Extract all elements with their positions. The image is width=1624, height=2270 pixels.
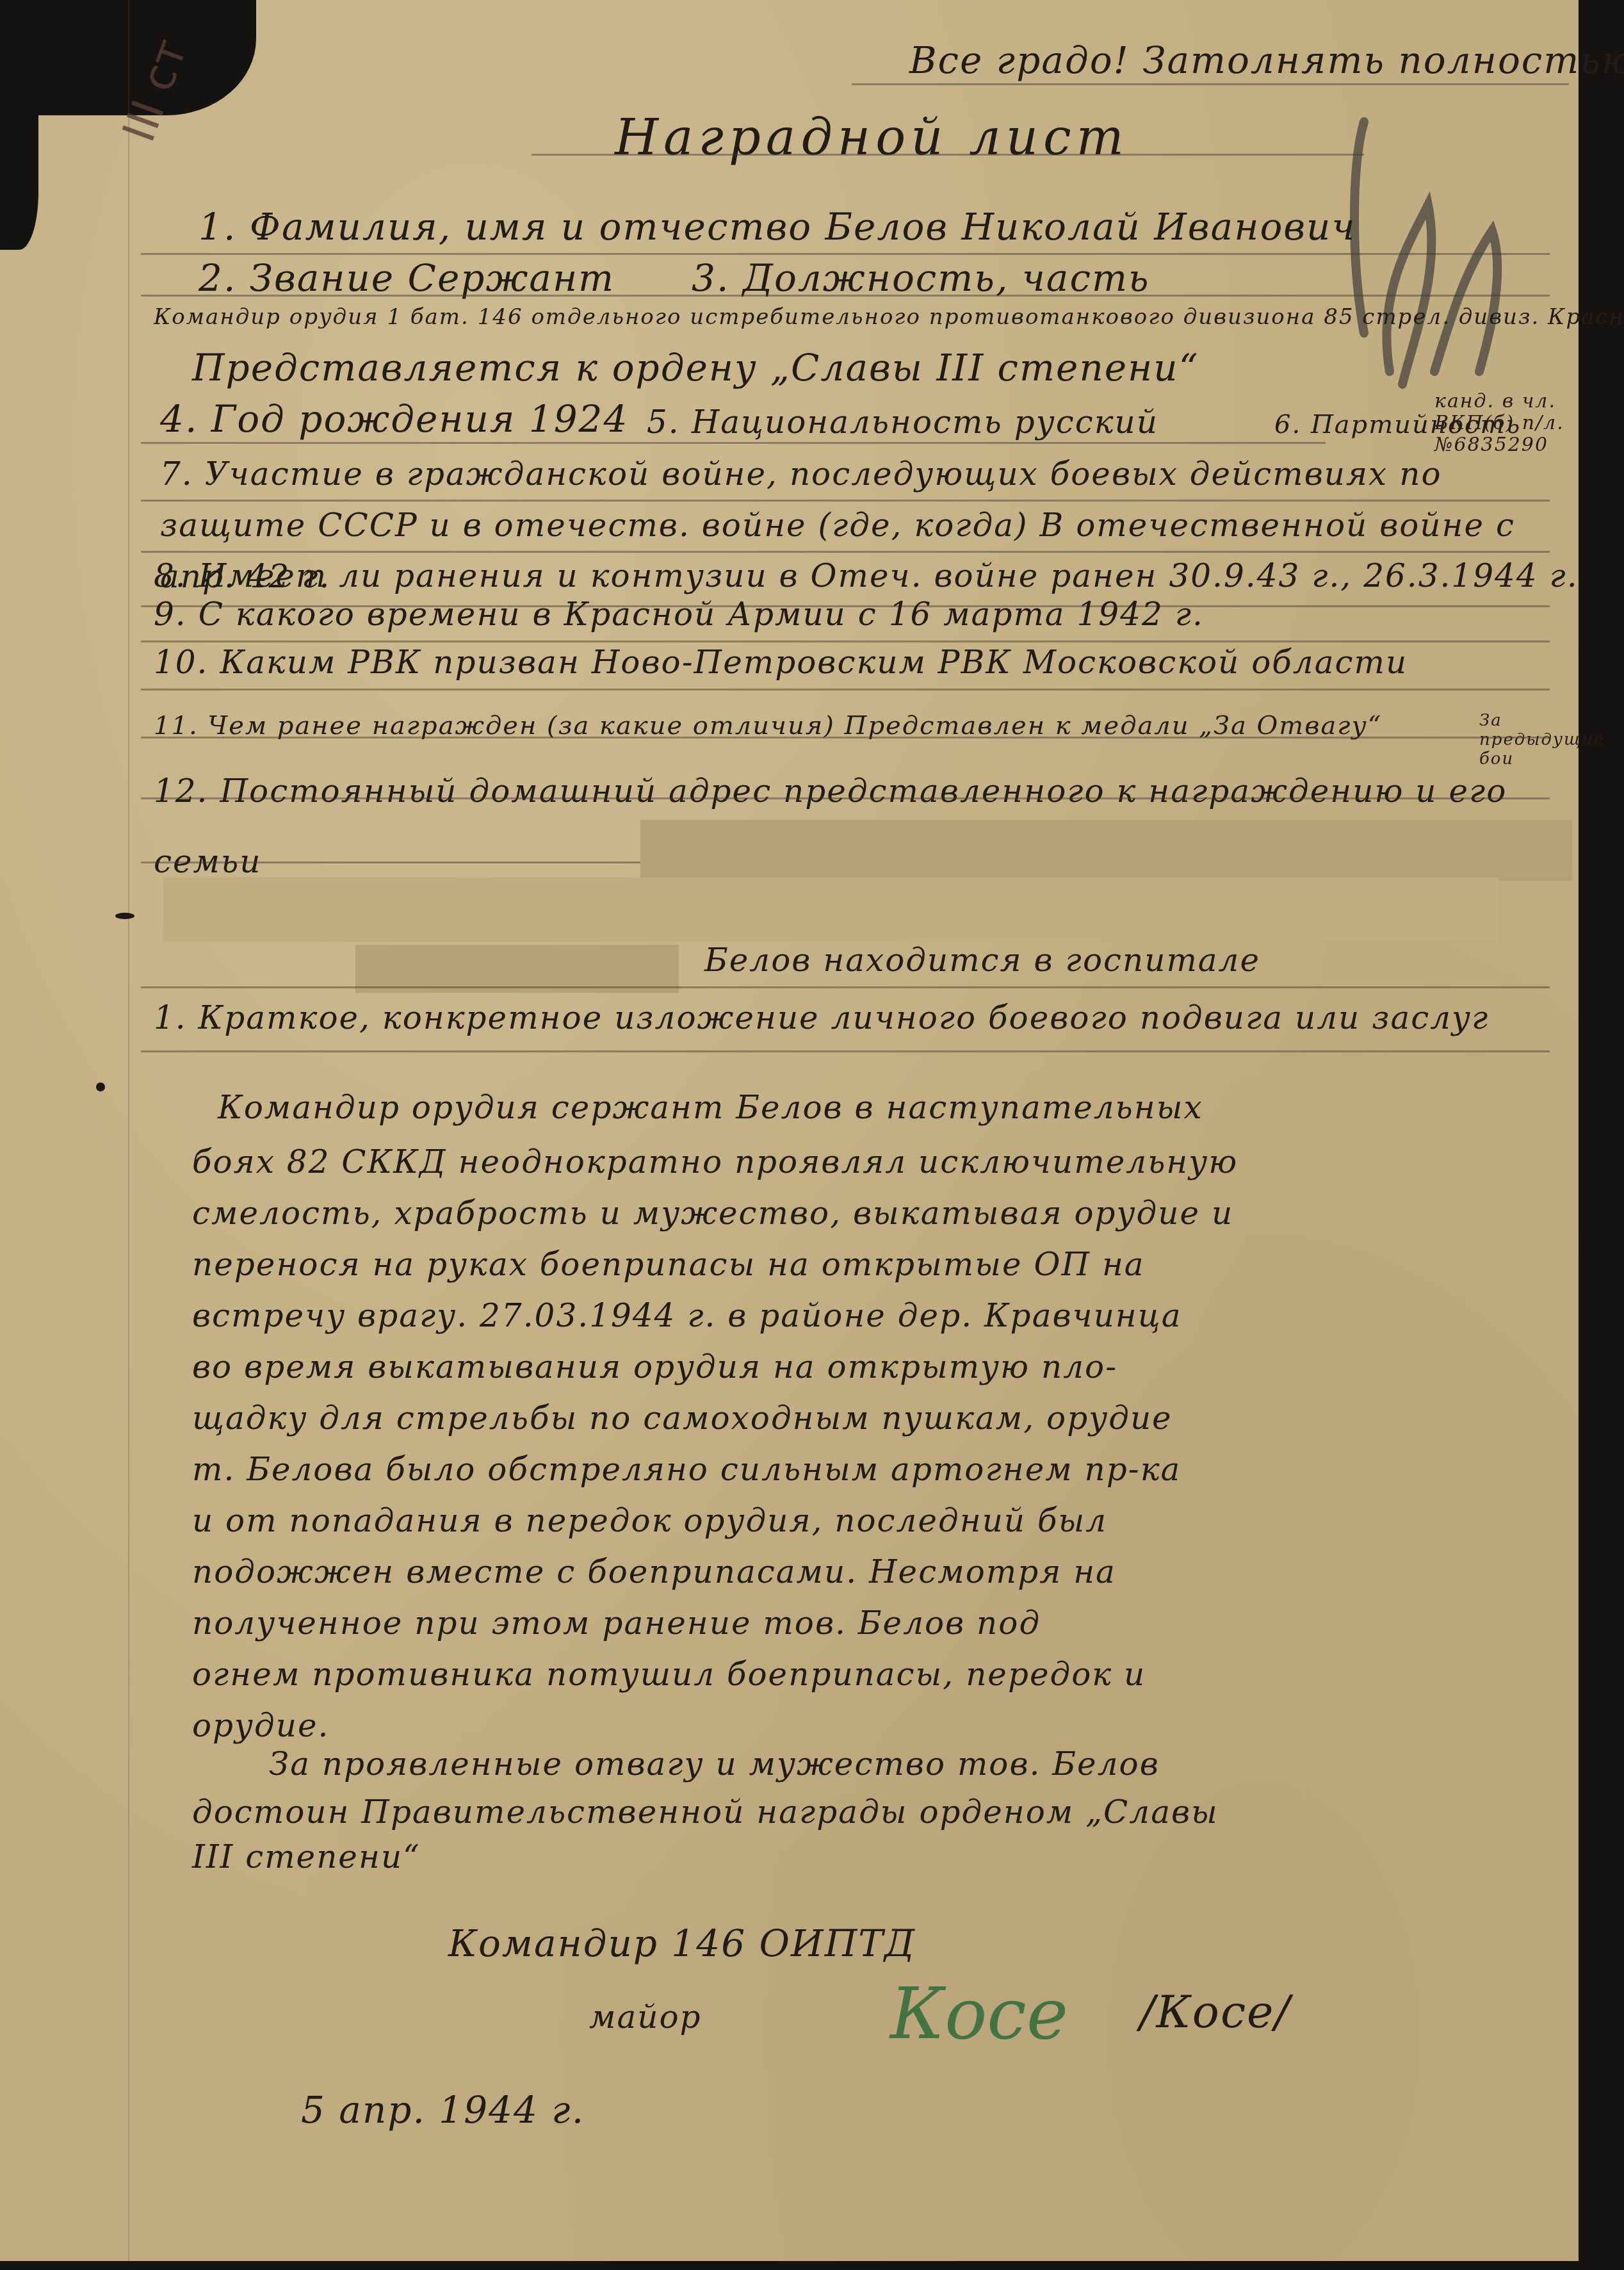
field-8: 8. Имеет ли ранения и контузии в Отеч. в… bbox=[154, 557, 1579, 594]
hospital-note: Белов находится в госпитале bbox=[704, 942, 1260, 979]
punch-hole bbox=[115, 913, 134, 919]
rule bbox=[141, 986, 1550, 988]
rule bbox=[141, 689, 1550, 690]
document-title: Наградной лист bbox=[615, 109, 1129, 167]
redacted-block-small bbox=[355, 945, 679, 993]
rule bbox=[141, 442, 1326, 444]
narrative-line: т. Белова было обстреляно сильным артогн… bbox=[192, 1451, 1181, 1488]
field-1: 1. Фамилия, имя и отчество Белов Николай… bbox=[199, 205, 1356, 249]
award-requested: Представляется к ордену „Славы III степе… bbox=[192, 346, 1199, 389]
rule bbox=[141, 500, 1550, 502]
punch-hole bbox=[96, 1082, 105, 1091]
section-heading: 1. Краткое, конкретное изложение личного… bbox=[154, 999, 1489, 1036]
margin-line bbox=[128, 0, 129, 2261]
conclusion-line: За проявленные отвагу и мужество тов. Бе… bbox=[269, 1745, 1160, 1783]
field-6-value: канд. в чл. ВКП(б) п/л. №6835290 bbox=[1434, 391, 1575, 456]
narrative-line: встречу врагу. 27.03.1944 г. в районе де… bbox=[192, 1297, 1181, 1334]
field-10: 10. Каким РВК призван Ново-Петровским РВ… bbox=[154, 644, 1408, 681]
top-note: Все градо! Затолнять полностью bbox=[909, 38, 1624, 82]
field-2: 2. Звание Сержант bbox=[199, 256, 615, 300]
document-sheet: III ст Все градо! Затолнять полностью На… bbox=[0, 0, 1579, 2261]
redacted-address bbox=[640, 820, 1572, 881]
field-3-label: 3. Должность, часть bbox=[692, 256, 1150, 300]
narrative-line: боях 82 СККД неоднократно проявлял исклю… bbox=[192, 1143, 1238, 1180]
rule bbox=[141, 551, 1550, 553]
narrative-line: во время выкатывания орудия на открытую … bbox=[192, 1348, 1117, 1385]
conclusion-line: достоин Правительственной награды ордено… bbox=[192, 1793, 1219, 1831]
narrative-line: смелость, храбрость и мужество, выкатыва… bbox=[192, 1195, 1233, 1232]
narrative-line: щадку для стрельбы по самоходным пушкам,… bbox=[192, 1400, 1173, 1437]
field-3-value: Командир орудия 1 бат. 146 отдельного ис… bbox=[154, 304, 1624, 330]
redacted-block bbox=[163, 878, 1498, 942]
narrative-line: огнем противника потушил боеприпасы, пер… bbox=[192, 1656, 1146, 1693]
green-signature: Косе bbox=[890, 1973, 1068, 2055]
narrative-line: полученное при этом ранение тов. Белов п… bbox=[192, 1605, 1041, 1642]
rule bbox=[141, 295, 1550, 297]
signatory-rank: майор bbox=[589, 1998, 702, 2036]
rule bbox=[532, 154, 1364, 156]
signatory-title: Командир 146 ОИПТД bbox=[448, 1922, 916, 1965]
document-date: 5 апр. 1944 г. bbox=[301, 2088, 585, 2132]
rule bbox=[141, 1050, 1550, 1052]
narrative-line: и от попадания в передок орудия, последн… bbox=[192, 1502, 1107, 1539]
pencil-resolution-mark bbox=[1338, 102, 1543, 436]
field-5: 5. Национальность русский bbox=[647, 404, 1158, 441]
field-4: 4. Год рождения 1924 bbox=[160, 397, 628, 441]
conclusion-line: III степени“ bbox=[192, 1838, 421, 1875]
rule bbox=[852, 83, 1569, 85]
narrative-line: Командир орудия сержант Белов в наступат… bbox=[218, 1089, 1203, 1126]
torn-edge bbox=[0, 90, 38, 250]
field-9: 9. С какого времени в Красной Армии с 16… bbox=[154, 596, 1204, 633]
narrative-line: перенося на руках боеприпасы на открытые… bbox=[192, 1246, 1145, 1283]
rule bbox=[141, 797, 1550, 799]
rule bbox=[141, 737, 1550, 739]
narrative-line: орудие. bbox=[192, 1707, 330, 1744]
signatory-name: /Косе/ bbox=[1140, 1986, 1291, 2038]
rule bbox=[141, 641, 1550, 642]
narrative-line: подожжен вместе с боеприпасами. Несмотря… bbox=[192, 1553, 1116, 1590]
rule bbox=[141, 253, 1550, 255]
